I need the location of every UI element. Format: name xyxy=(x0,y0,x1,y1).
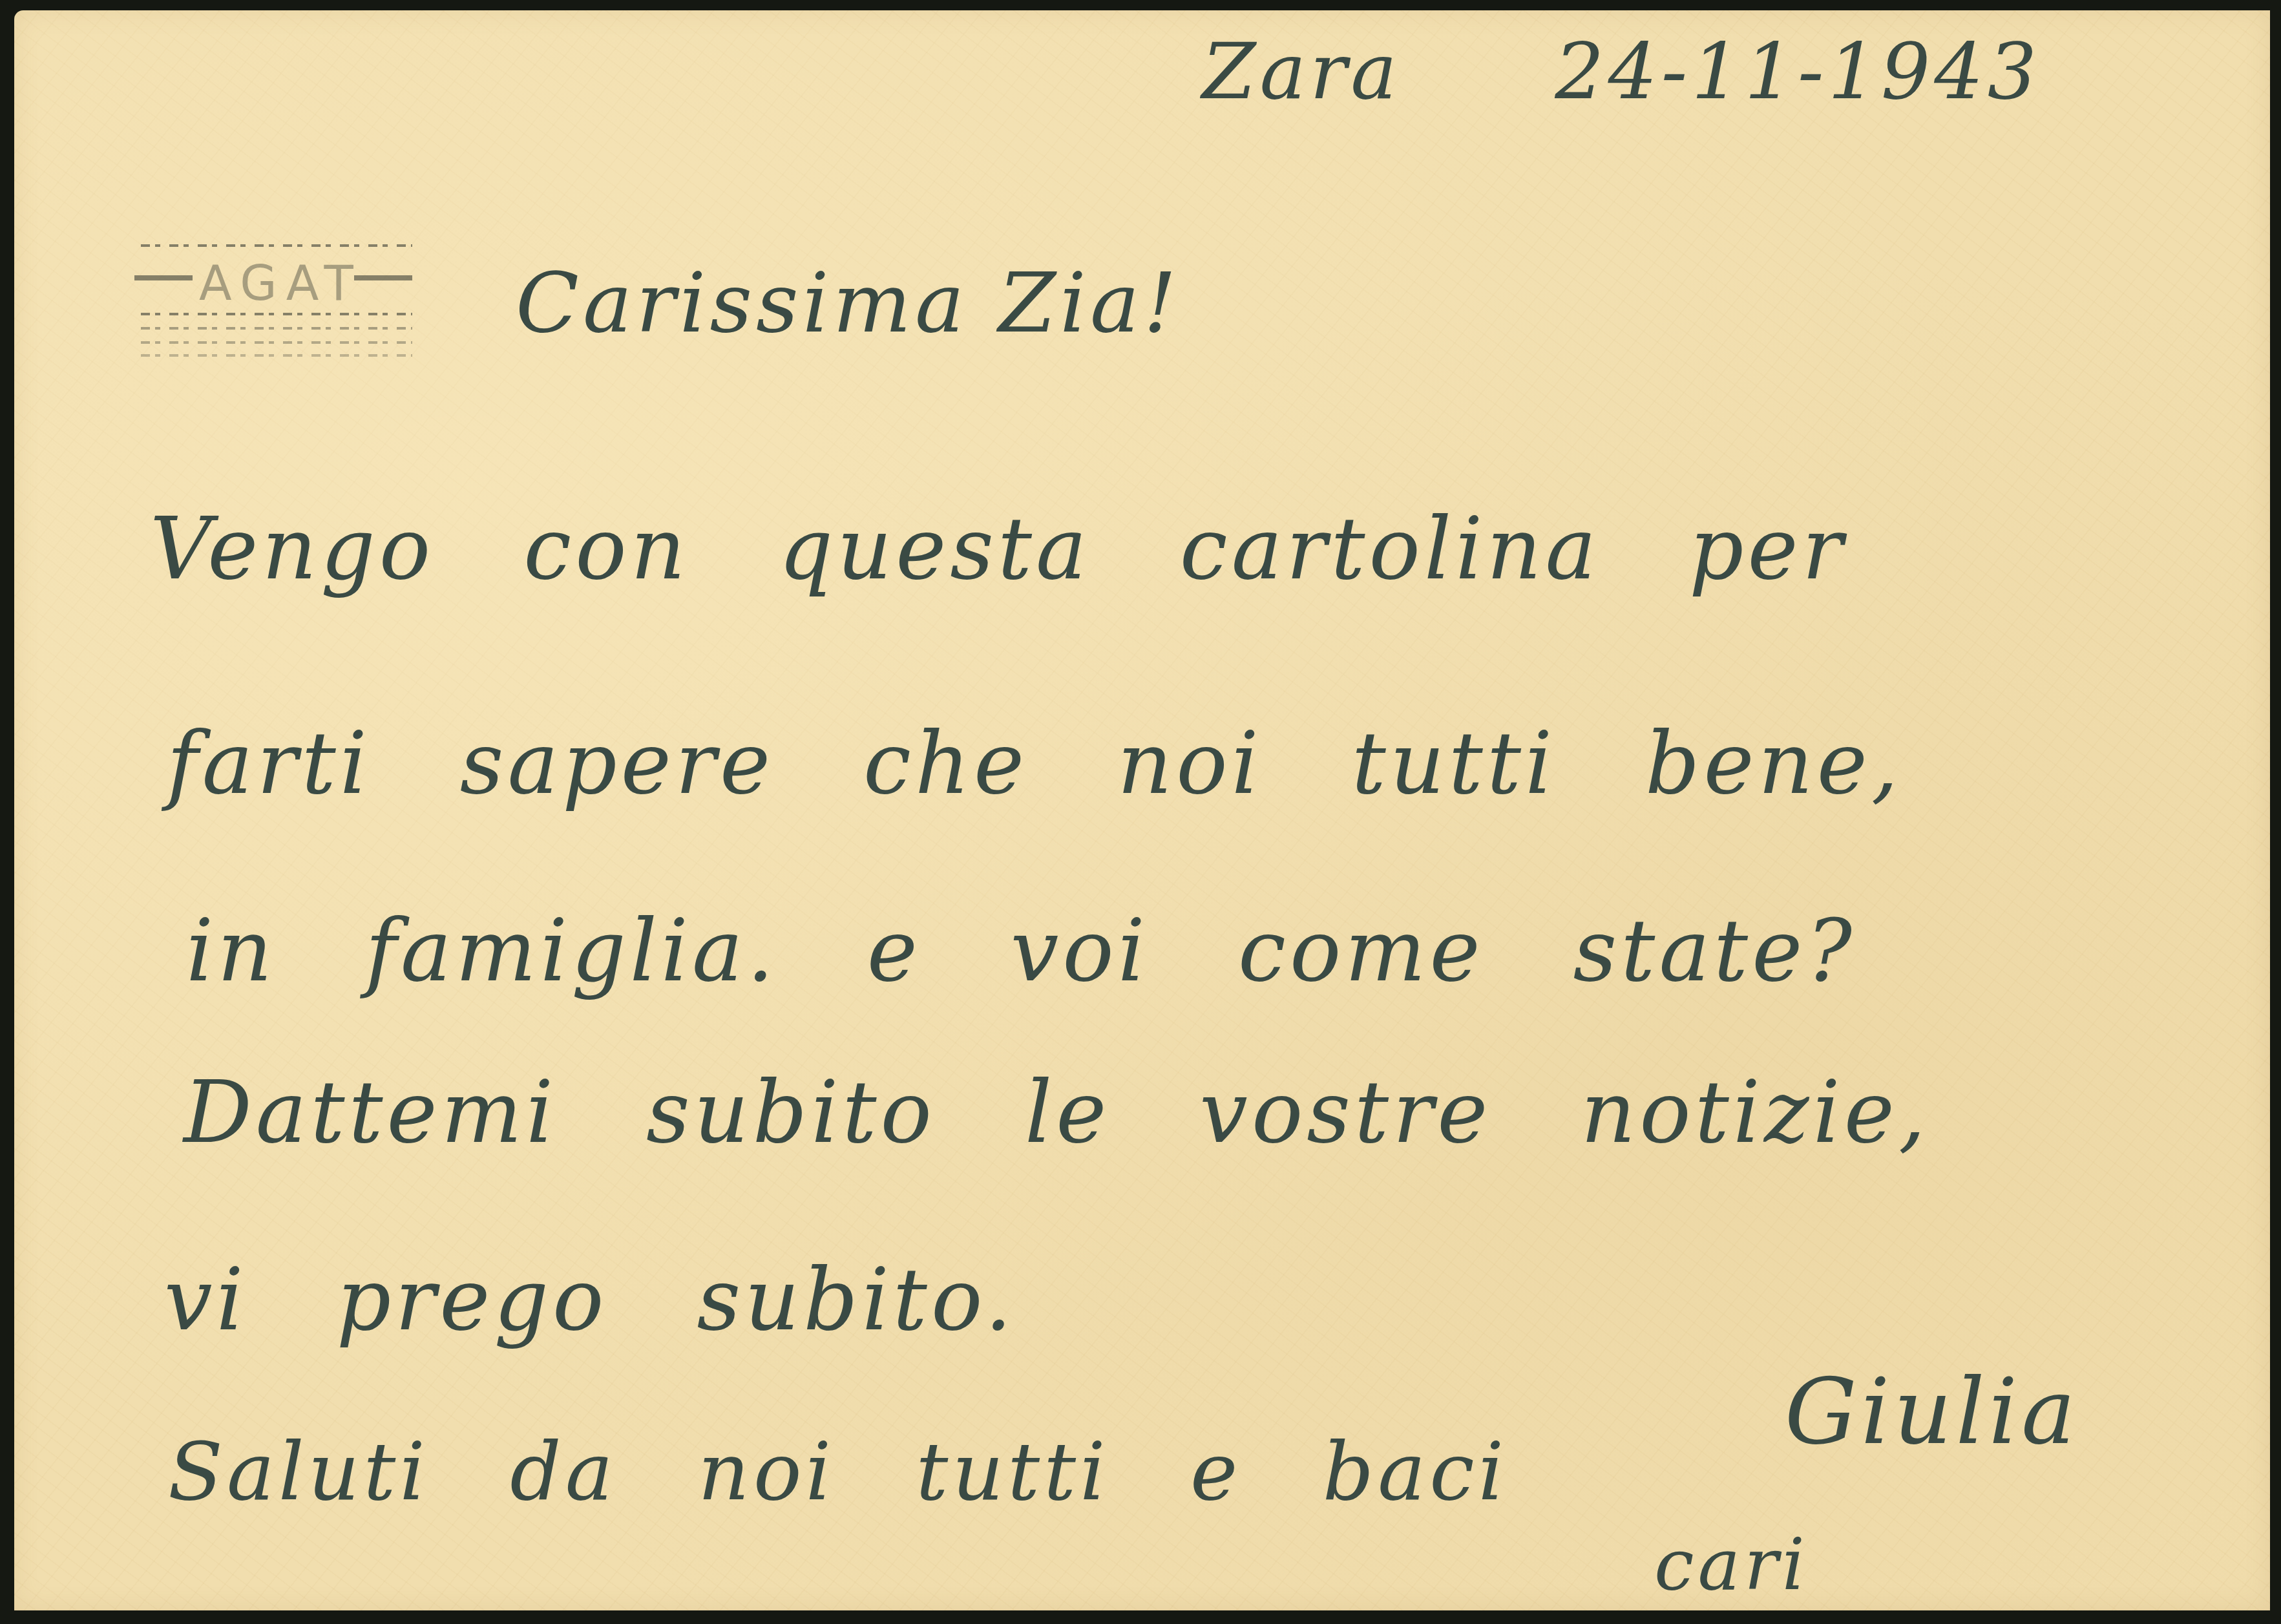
signature: Giulia xyxy=(1785,1367,2079,1458)
stamp-text: AGAT xyxy=(199,256,354,311)
postcard: AGAT Zara 24-11-1943 Carissima Zia! Veng… xyxy=(14,10,2270,1610)
faded-stamp: AGAT xyxy=(134,216,419,358)
stamp-mark-right xyxy=(354,275,412,280)
stamp-mark-left xyxy=(134,275,193,280)
closing-line: Saluti da noi tutti e baci xyxy=(168,1432,1508,1512)
stamp-rule xyxy=(141,313,412,315)
stamp-rule xyxy=(141,244,412,247)
stamp-rule xyxy=(141,327,412,330)
signature-subline: cari xyxy=(1654,1529,1809,1600)
stamp-rule xyxy=(141,354,412,357)
letter-date: 24-11-1943 xyxy=(1555,27,2041,117)
body-line-1: Vengo con questa cartolina per xyxy=(150,507,1847,592)
place-date-header: Zara 24-11-1943 xyxy=(1202,34,2041,111)
body-line-3: in famiglia. e voi come state? xyxy=(186,909,1856,994)
body-line-5: vi prego subito. xyxy=(164,1258,1016,1343)
greeting: Carissima Zia! xyxy=(516,262,1181,345)
stamp-rule xyxy=(141,341,412,344)
body-line-4: Dattemi subito le vostre notizie, xyxy=(184,1070,1929,1155)
body-line-2: farti sapere che noi tutti bene, xyxy=(167,721,1902,807)
place-name: Zara xyxy=(1202,27,1401,117)
